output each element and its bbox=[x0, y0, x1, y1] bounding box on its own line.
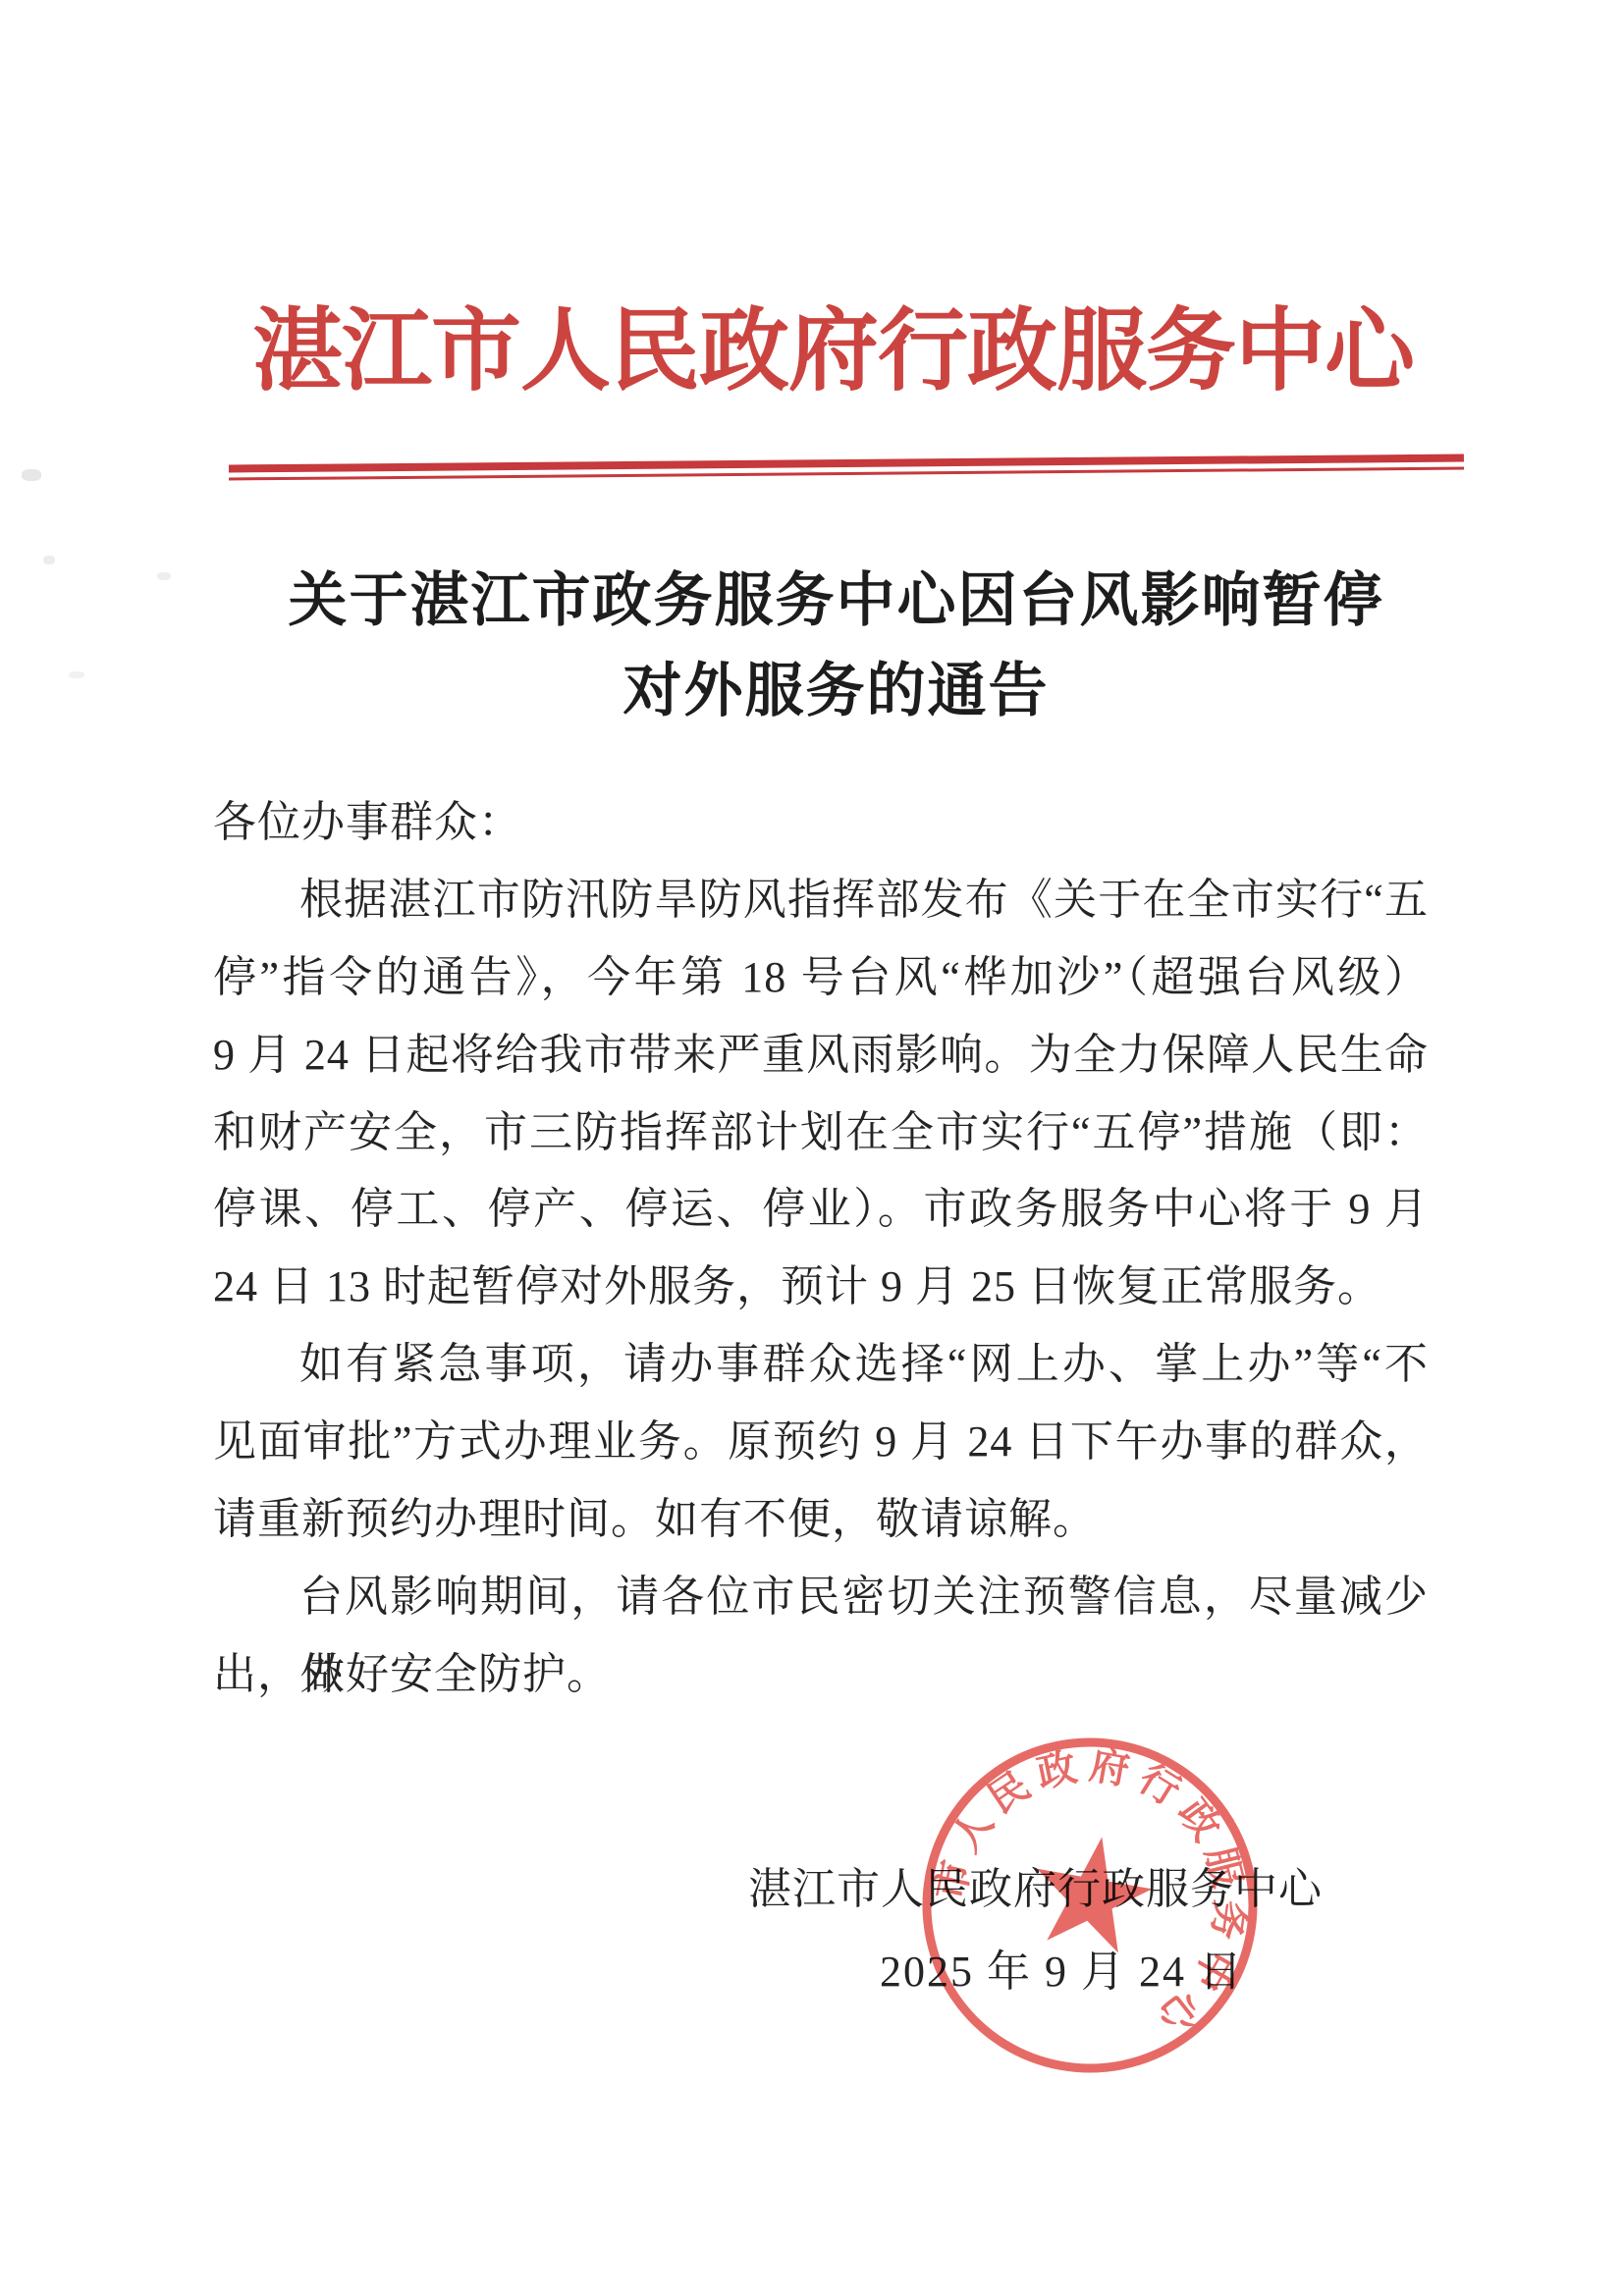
notice-title: 关于湛江市政务服务中心因台风影响暂停 对外服务的通告 bbox=[25, 556, 1623, 736]
body-line: 停课、停工、停产、停运、停业）。市政务服务中心将于 9 月 bbox=[213, 1171, 1429, 1249]
body-line: 请重新预约办理时间。如有不便，敬请谅解。 bbox=[213, 1481, 1429, 1559]
body-line: 根据湛江市防汛防旱防风指挥部发布《关于在全市实行“五 bbox=[213, 862, 1429, 939]
salutation-line: 各位办事群众： bbox=[213, 784, 1429, 862]
scan-artifact bbox=[157, 572, 171, 580]
scan-artifact bbox=[22, 469, 41, 481]
scan-artifact bbox=[69, 671, 84, 678]
letterhead-org-name: 湛江市人民政府行政服务中心 bbox=[22, 302, 1623, 400]
body-line: 如有紧急事项，请办事群众选择“网上办、掌上办”等“不 bbox=[213, 1326, 1429, 1404]
notice-title-line-2: 对外服务的通告 bbox=[25, 646, 1623, 736]
body-line: 见面审批”方式办理业务。原预约 9 月 24 日下午办事的群众， bbox=[213, 1404, 1429, 1481]
seal-star-icon bbox=[1025, 1827, 1160, 1956]
notice-title-line-1: 关于湛江市政务服务中心因台风影响暂停 bbox=[25, 556, 1623, 646]
scan-artifact bbox=[43, 556, 55, 564]
body-line: 台风影响期间，请各位市民密切关注预警信息，尽量减少外 bbox=[213, 1559, 1429, 1636]
body-line: 停”指令的通告》，今年第 18 号台风“桦加沙”（超强台风级） bbox=[213, 939, 1429, 1017]
body-line: 24 日 13 时起暂停对外服务，预计 9 月 25 日恢复正常服务。 bbox=[213, 1249, 1429, 1326]
scanned-notice-page: 湛江市人民政府行政服务中心 关于湛江市政务服务中心因台风影响暂停 对外服务的通告… bbox=[0, 0, 1623, 2296]
body-line: 出，做好安全防护。 bbox=[213, 1636, 1429, 1714]
letterhead-separator bbox=[229, 454, 1464, 481]
notice-body: 各位办事群众： 根据湛江市防汛防旱防风指挥部发布《关于在全市实行“五 停”指令的… bbox=[213, 784, 1429, 1714]
body-line: 9 月 24 日起将给我市带来严重风雨影响。为全力保障人民生命 bbox=[213, 1017, 1429, 1095]
body-line: 和财产安全，市三防指挥部计划在全市实行“五停”措施（即： bbox=[213, 1095, 1429, 1172]
official-seal: 湛江市人民政府行政服务中心 bbox=[913, 1729, 1267, 2082]
